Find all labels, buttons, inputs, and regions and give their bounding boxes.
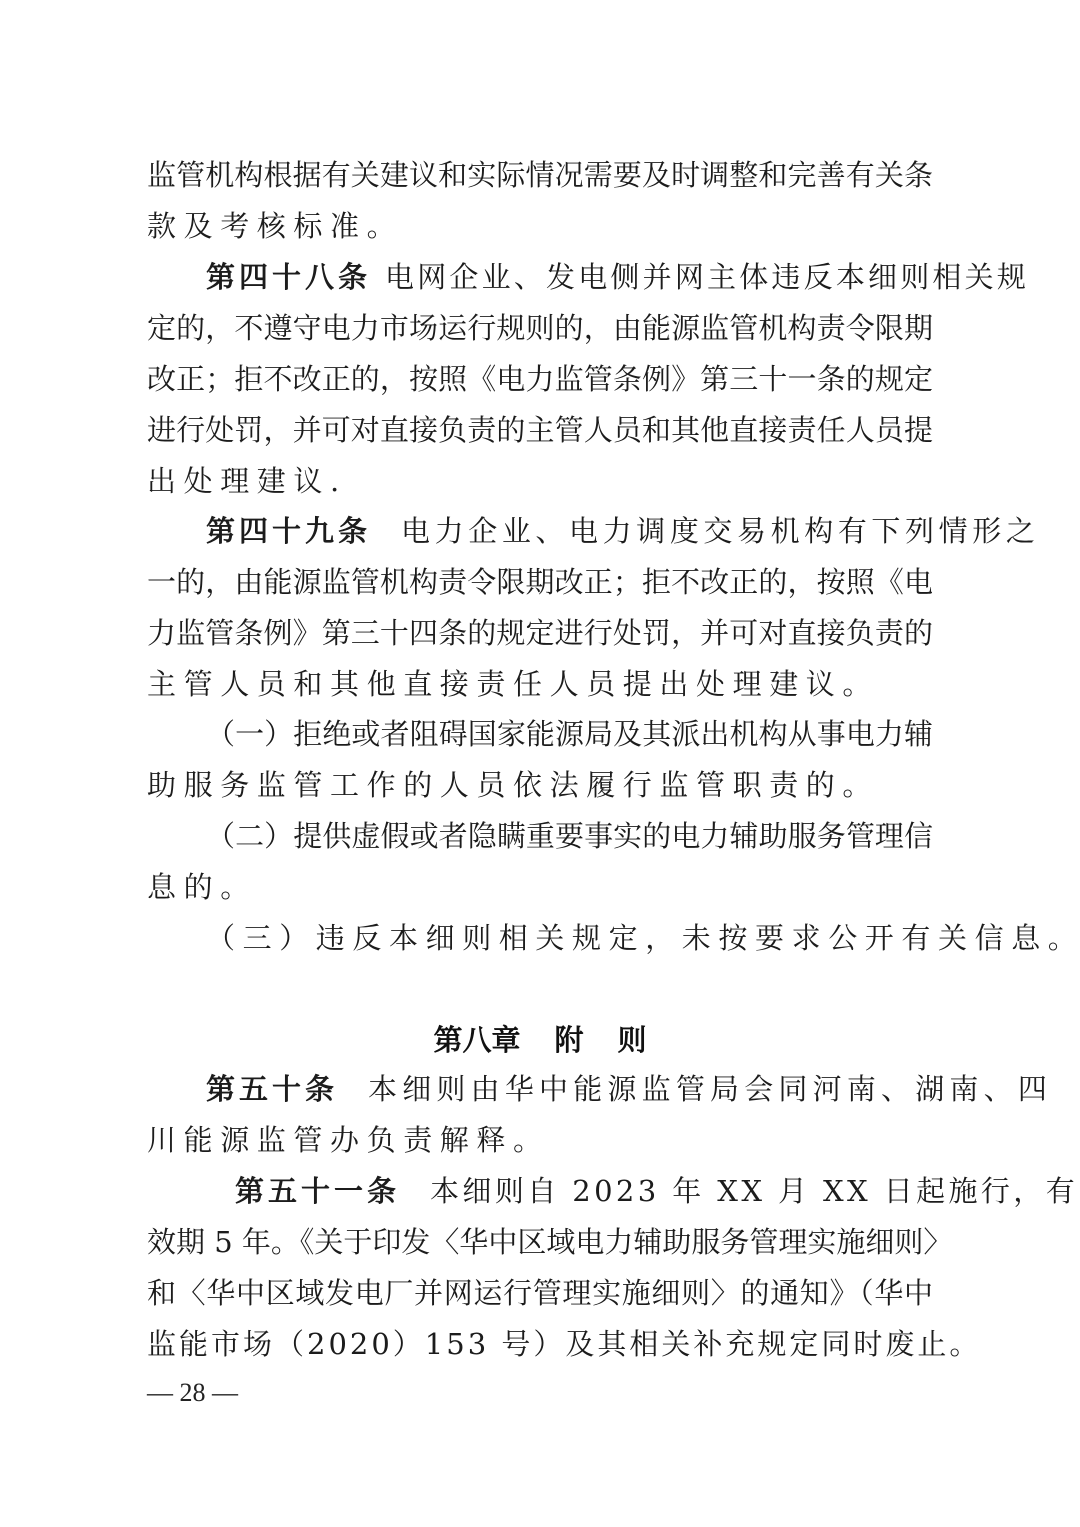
article-50-label: 第五十条	[206, 1072, 338, 1106]
item-1-line: 助服务监管工作的人员依法履行监管职责的。	[147, 760, 933, 811]
article-50-line: 川能源监管办负责解释。	[147, 1115, 933, 1166]
document-page: 监管机构根据有关建议和实际情况需要及时调整和完善有关条 款及考核标准。 第四十八…	[0, 0, 1080, 1527]
article-48-label: 第四十八条	[206, 260, 371, 294]
article-51-line: 监能市场（2020）153 号）及其相关补充规定同时废止。	[147, 1319, 933, 1370]
chapter-title-char-2: 则	[618, 1023, 647, 1057]
article-50-first-line: 第五十条本细则由华中能源监管局会同河南、湖南、四	[147, 1064, 933, 1115]
article-48-line: 进行处罚，并可对直接负责的主管人员和其他直接责任人员提	[147, 405, 933, 456]
paragraph-line: 款及考核标准。	[147, 201, 933, 252]
article-49-line: 力监管条例》第三十四条的规定进行处罚，并可对直接负责的	[147, 608, 933, 659]
article-51-line: 效期 5 年。《关于印发〈华中区域电力辅助服务管理实施细则〉	[147, 1217, 933, 1268]
article-48-first-line: 第四十八条电网企业、发电侧并网主体违反本细则相关规	[147, 252, 933, 303]
chapter-number: 第八章	[433, 1023, 520, 1057]
item-3-line: （三）违反本细则相关规定，未按要求公开有关信息。	[147, 913, 933, 964]
article-48-line: 定的，不遵守电力市场运行规则的，由能源监管机构责令限期	[147, 303, 933, 354]
article-49-line: 一的，由能源监管机构责令限期改正；拒不改正的，按照《电	[147, 557, 933, 608]
article-48-text: 电网企业、发电侧并网主体违反本细则相关规	[385, 260, 1029, 294]
article-51-first-line: 第五十一条本细则自 2023 年 XX 月 XX 日起施行，有	[147, 1166, 933, 1217]
page-number: — 28 —	[147, 1373, 238, 1413]
item-2-line: 息的。	[147, 862, 933, 913]
article-48-line: 出处理建议.	[147, 456, 933, 507]
item-1-line: （一）拒绝或者阻碍国家能源局及其派出机构从事电力辅	[147, 709, 933, 760]
article-51-line: 和〈华中区域发电厂并网运行管理实施细则〉的通知》（华中	[147, 1268, 933, 1319]
article-49-text: 电力企业、电力调度交易机构有下列情形之	[401, 514, 1039, 548]
item-2-line: （二）提供虚假或者隐瞒重要事实的电力辅助服务管理信	[147, 811, 933, 862]
chapter-title-char-1: 附	[554, 1023, 583, 1057]
paragraph-line: 监管机构根据有关建议和实际情况需要及时调整和完善有关条	[147, 150, 933, 201]
article-51-text: 本细则自 2023 年 XX 月 XX 日起施行，有	[430, 1174, 1078, 1208]
article-49-label: 第四十九条	[206, 514, 371, 548]
article-49-first-line: 第四十九条电力企业、电力调度交易机构有下列情形之	[147, 506, 933, 557]
article-50-text: 本细则由华中能源监管局会同河南、湖南、四	[368, 1072, 1052, 1106]
article-49-line: 主管人员和其他直接责任人员提出处理建议。	[147, 659, 933, 710]
article-51-label: 第五十一条	[235, 1174, 400, 1208]
chapter-heading: 第八章附则	[0, 1015, 1080, 1066]
article-48-line: 改正；拒不改正的，按照《电力监管条例》第三十一条的规定	[147, 354, 933, 405]
